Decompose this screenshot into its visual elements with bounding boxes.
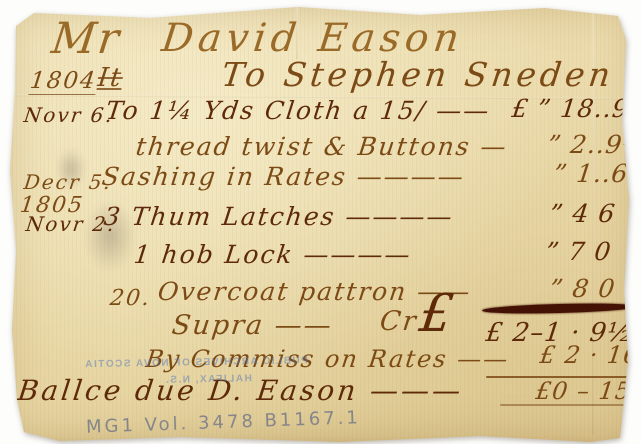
supra-label: Supra —— [170, 310, 335, 341]
sum-strike-line [482, 302, 636, 315]
entry-desc: 3 Thum Latches ———— [102, 202, 455, 231]
entry-desc: thread twist & Buttons — [134, 132, 509, 161]
account-line-text: To Stephen Sneden [220, 55, 617, 94]
entry-amount: £ ” 18..9 [510, 94, 631, 123]
paper-sheet: Mr David Eason 1804 It To Stephen Sneden… [0, 0, 641, 444]
credit-abbrev: Cr [378, 306, 419, 337]
entry-amount: ” 7 0 [544, 237, 613, 266]
year-first: 1804 [28, 68, 98, 95]
entry-desc: 1 hob Lock ———— [132, 240, 413, 269]
entry-amount: ” 8 0 [548, 274, 617, 303]
entry-date: Novr 6. [23, 103, 116, 127]
debit-abbrev: Dr [628, 54, 641, 80]
ditto-mark: It [96, 63, 124, 93]
balance-underline [500, 404, 638, 406]
archives-stamp-line2: HALIFAX, N.S. [108, 369, 308, 389]
entry-amount: ” 4 6 [548, 199, 617, 228]
archives-stamp-line1: PUBLIC ARCHIVES OF NOVA SCOTIA [108, 352, 308, 372]
document-scan: Mr David Eason 1804 It To Stephen Sneden… [0, 0, 641, 444]
entry-desc: Sashing in Rates ———— [100, 162, 467, 191]
entry-desc: To 1¼ Yds Cloth a 15/ —— [104, 96, 492, 125]
archive-reference: MG1 Vol. 3478 B1167.1 [86, 407, 361, 438]
entry-amount: ” 2..9½ [546, 130, 641, 159]
salutation-prefix: Mr [49, 14, 124, 64]
archives-stamp: PUBLIC ARCHIVES OF NOVA SCOTIA HALIFAX, … [108, 352, 309, 389]
entry-amount: ” 1..6 [552, 159, 630, 188]
balance-amount: £0 – 15 : 9½ [534, 377, 641, 405]
entry-date: 20. [108, 286, 152, 311]
paper-shadow: Mr David Eason 1804 It To Stephen Sneden… [0, 0, 641, 444]
commission-amount: £ 2 · 16 [538, 341, 641, 369]
account-line: To Stephen Sneden Dr [220, 54, 641, 94]
pound-mark-large: £ [416, 284, 458, 344]
